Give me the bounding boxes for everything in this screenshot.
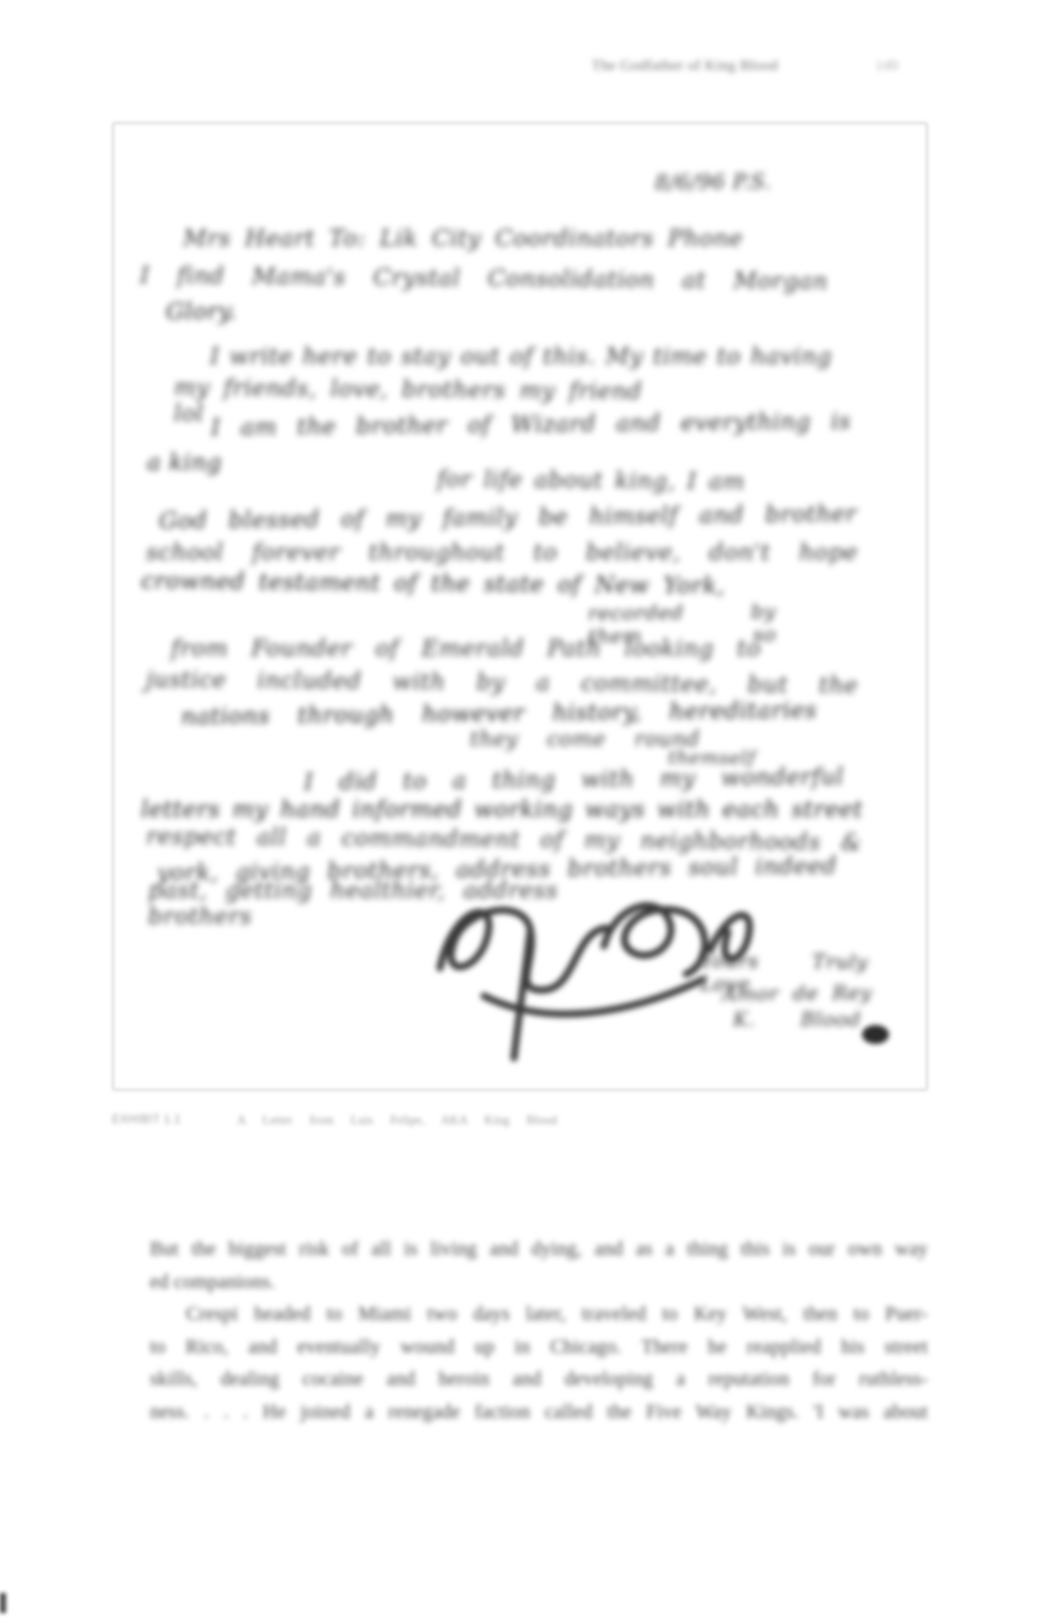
page-edge-mark xyxy=(0,1593,6,1613)
document-page: { "colors": { "page_bg": "#ffffff", "ink… xyxy=(0,0,1062,1619)
letter-line: I am the brother of Wizard and everythin… xyxy=(211,409,851,450)
ink-blot xyxy=(862,1025,889,1044)
running-header-title: The Godfather of King Blood xyxy=(560,58,810,75)
letter-line: they come round xyxy=(470,727,700,759)
letter-line: Mrs Heart To: Lik City Coordinators Phon… xyxy=(183,226,743,261)
letter-line: God blessed of my family be himself and … xyxy=(159,501,857,543)
body-line: Crespi headed to Miami two days later, t… xyxy=(186,1303,928,1326)
letter-line: 8/6/96 P.S. xyxy=(655,169,785,202)
letter-line: Glory. xyxy=(166,299,256,334)
body-line: But the biggest risk of all is living an… xyxy=(150,1238,928,1261)
letter-line: I write here to stay out of this. My tim… xyxy=(210,344,832,379)
letter-line: recorded by them so xyxy=(588,600,776,632)
exhibit-caption-label: EXHIBIT 1.1 xyxy=(112,1114,196,1126)
signature-scrawl xyxy=(418,880,778,1075)
letter-line: my friends, love, brothers my friend lol xyxy=(174,375,642,414)
body-line: ed companions. xyxy=(150,1271,350,1294)
body-line: skills, dealing cocaine and heroin and d… xyxy=(150,1368,928,1391)
page-number: 149 xyxy=(852,58,898,75)
letter-line: I find Mama's Crystal Consolidation at M… xyxy=(140,263,828,304)
body-line: ness. . . . He joined a renegade faction… xyxy=(150,1401,928,1424)
body-line: to Rico, and eventually wound up in Chic… xyxy=(150,1336,928,1359)
letter-line: from Founder of Emerald Path looking to xyxy=(171,636,761,671)
exhibit-caption-text: A Letter from Luis Felipe, AKA King Bloo… xyxy=(237,1113,557,1128)
letter-line: a king xyxy=(147,450,257,485)
letter-line: for life about king, I am xyxy=(437,467,745,504)
